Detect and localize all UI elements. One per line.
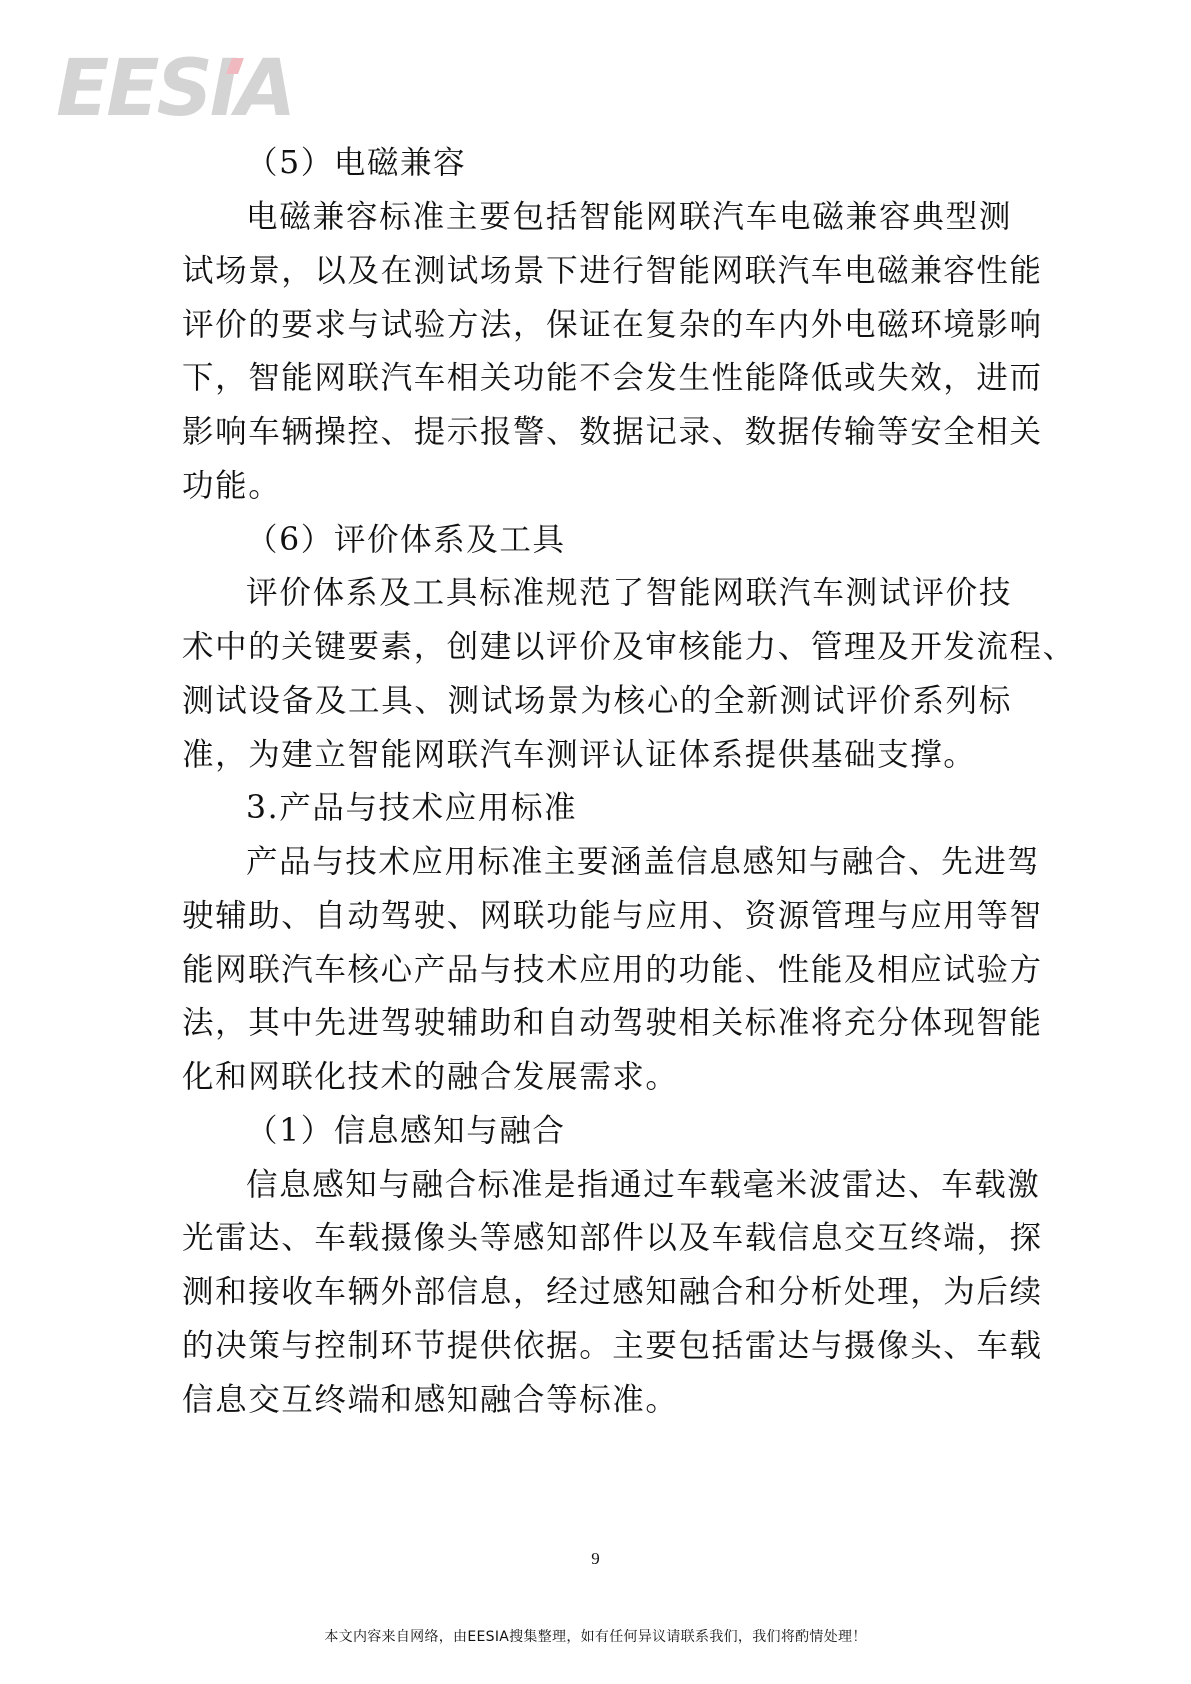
paragraph-line: 的决策与控制环节提供依据。主要包括雷达与摄像头、车载 <box>182 1326 1012 1366</box>
paragraph-line: 下，智能网联汽车相关功能不会发生性能降低或失效，进而 <box>182 358 1012 398</box>
paragraph-line: 评价体系及工具标准规范了智能网联汽车测试评价技 <box>246 573 1012 613</box>
paragraph-line: 化和网联化技术的融合发展需求。 <box>182 1057 1012 1097</box>
logo-text: EESIA <box>56 52 293 127</box>
paragraph-line: 评价的要求与试验方法，保证在复杂的车内外电磁环境影响 <box>182 305 1012 345</box>
paragraph-line: 功能。 <box>182 466 1012 506</box>
paragraph-line: 光雷达、车载摄像头等感知部件以及车载信息交互终端，探 <box>182 1218 1012 1258</box>
paragraph-line: 产品与技术应用标准主要涵盖信息感知与融合、先进驾 <box>246 842 1012 882</box>
section-heading: 3.产品与技术应用标准 <box>246 788 1012 828</box>
paragraph-line: 信息感知与融合标准是指通过车载毫米波雷达、车载激 <box>246 1165 1012 1205</box>
paragraph-line: 术中的关键要素，创建以评价及审核能力、管理及开发流程、 <box>182 627 1012 667</box>
section-heading: （1）信息感知与融合 <box>246 1111 1012 1151</box>
section-heading: （5）电磁兼容 <box>246 143 1012 183</box>
paragraph-line: 信息交互终端和感知融合等标准。 <box>182 1380 1012 1420</box>
paragraph-line: 试场景，以及在测试场景下进行智能网联汽车电磁兼容性能 <box>182 251 1012 291</box>
paragraph-line: 能网联汽车核心产品与技术应用的功能、性能及相应试验方 <box>182 950 1012 990</box>
paragraph-line: 影响车辆操控、提示报警、数据记录、数据传输等安全相关 <box>182 412 1012 452</box>
footer-disclaimer: 本文内容来自网络，由EESIA搜集整理，如有任何异议请联系我们，我们将酌情处理！ <box>0 1626 1191 1646</box>
page-number: 9 <box>0 1549 1191 1569</box>
eesia-logo-watermark: EESIA <box>56 52 296 127</box>
paragraph-line: 法，其中先进驾驶辅助和自动驾驶相关标准将充分体现智能 <box>182 1003 1012 1043</box>
paragraph-line: 测试设备及工具、测试场景为核心的全新测试评价系列标 <box>182 681 1012 721</box>
paragraph-line: 准，为建立智能网联汽车测评认证体系提供基础支撑。 <box>182 735 1012 775</box>
paragraph-line: 测和接收车辆外部信息，经过感知融合和分析处理，为后续 <box>182 1272 1012 1312</box>
paragraph-line: 电磁兼容标准主要包括智能网联汽车电磁兼容典型测 <box>246 197 1012 237</box>
section-heading: （6）评价体系及工具 <box>246 520 1012 560</box>
paragraph-line: 驶辅助、自动驾驶、网联功能与应用、资源管理与应用等智 <box>182 896 1012 936</box>
